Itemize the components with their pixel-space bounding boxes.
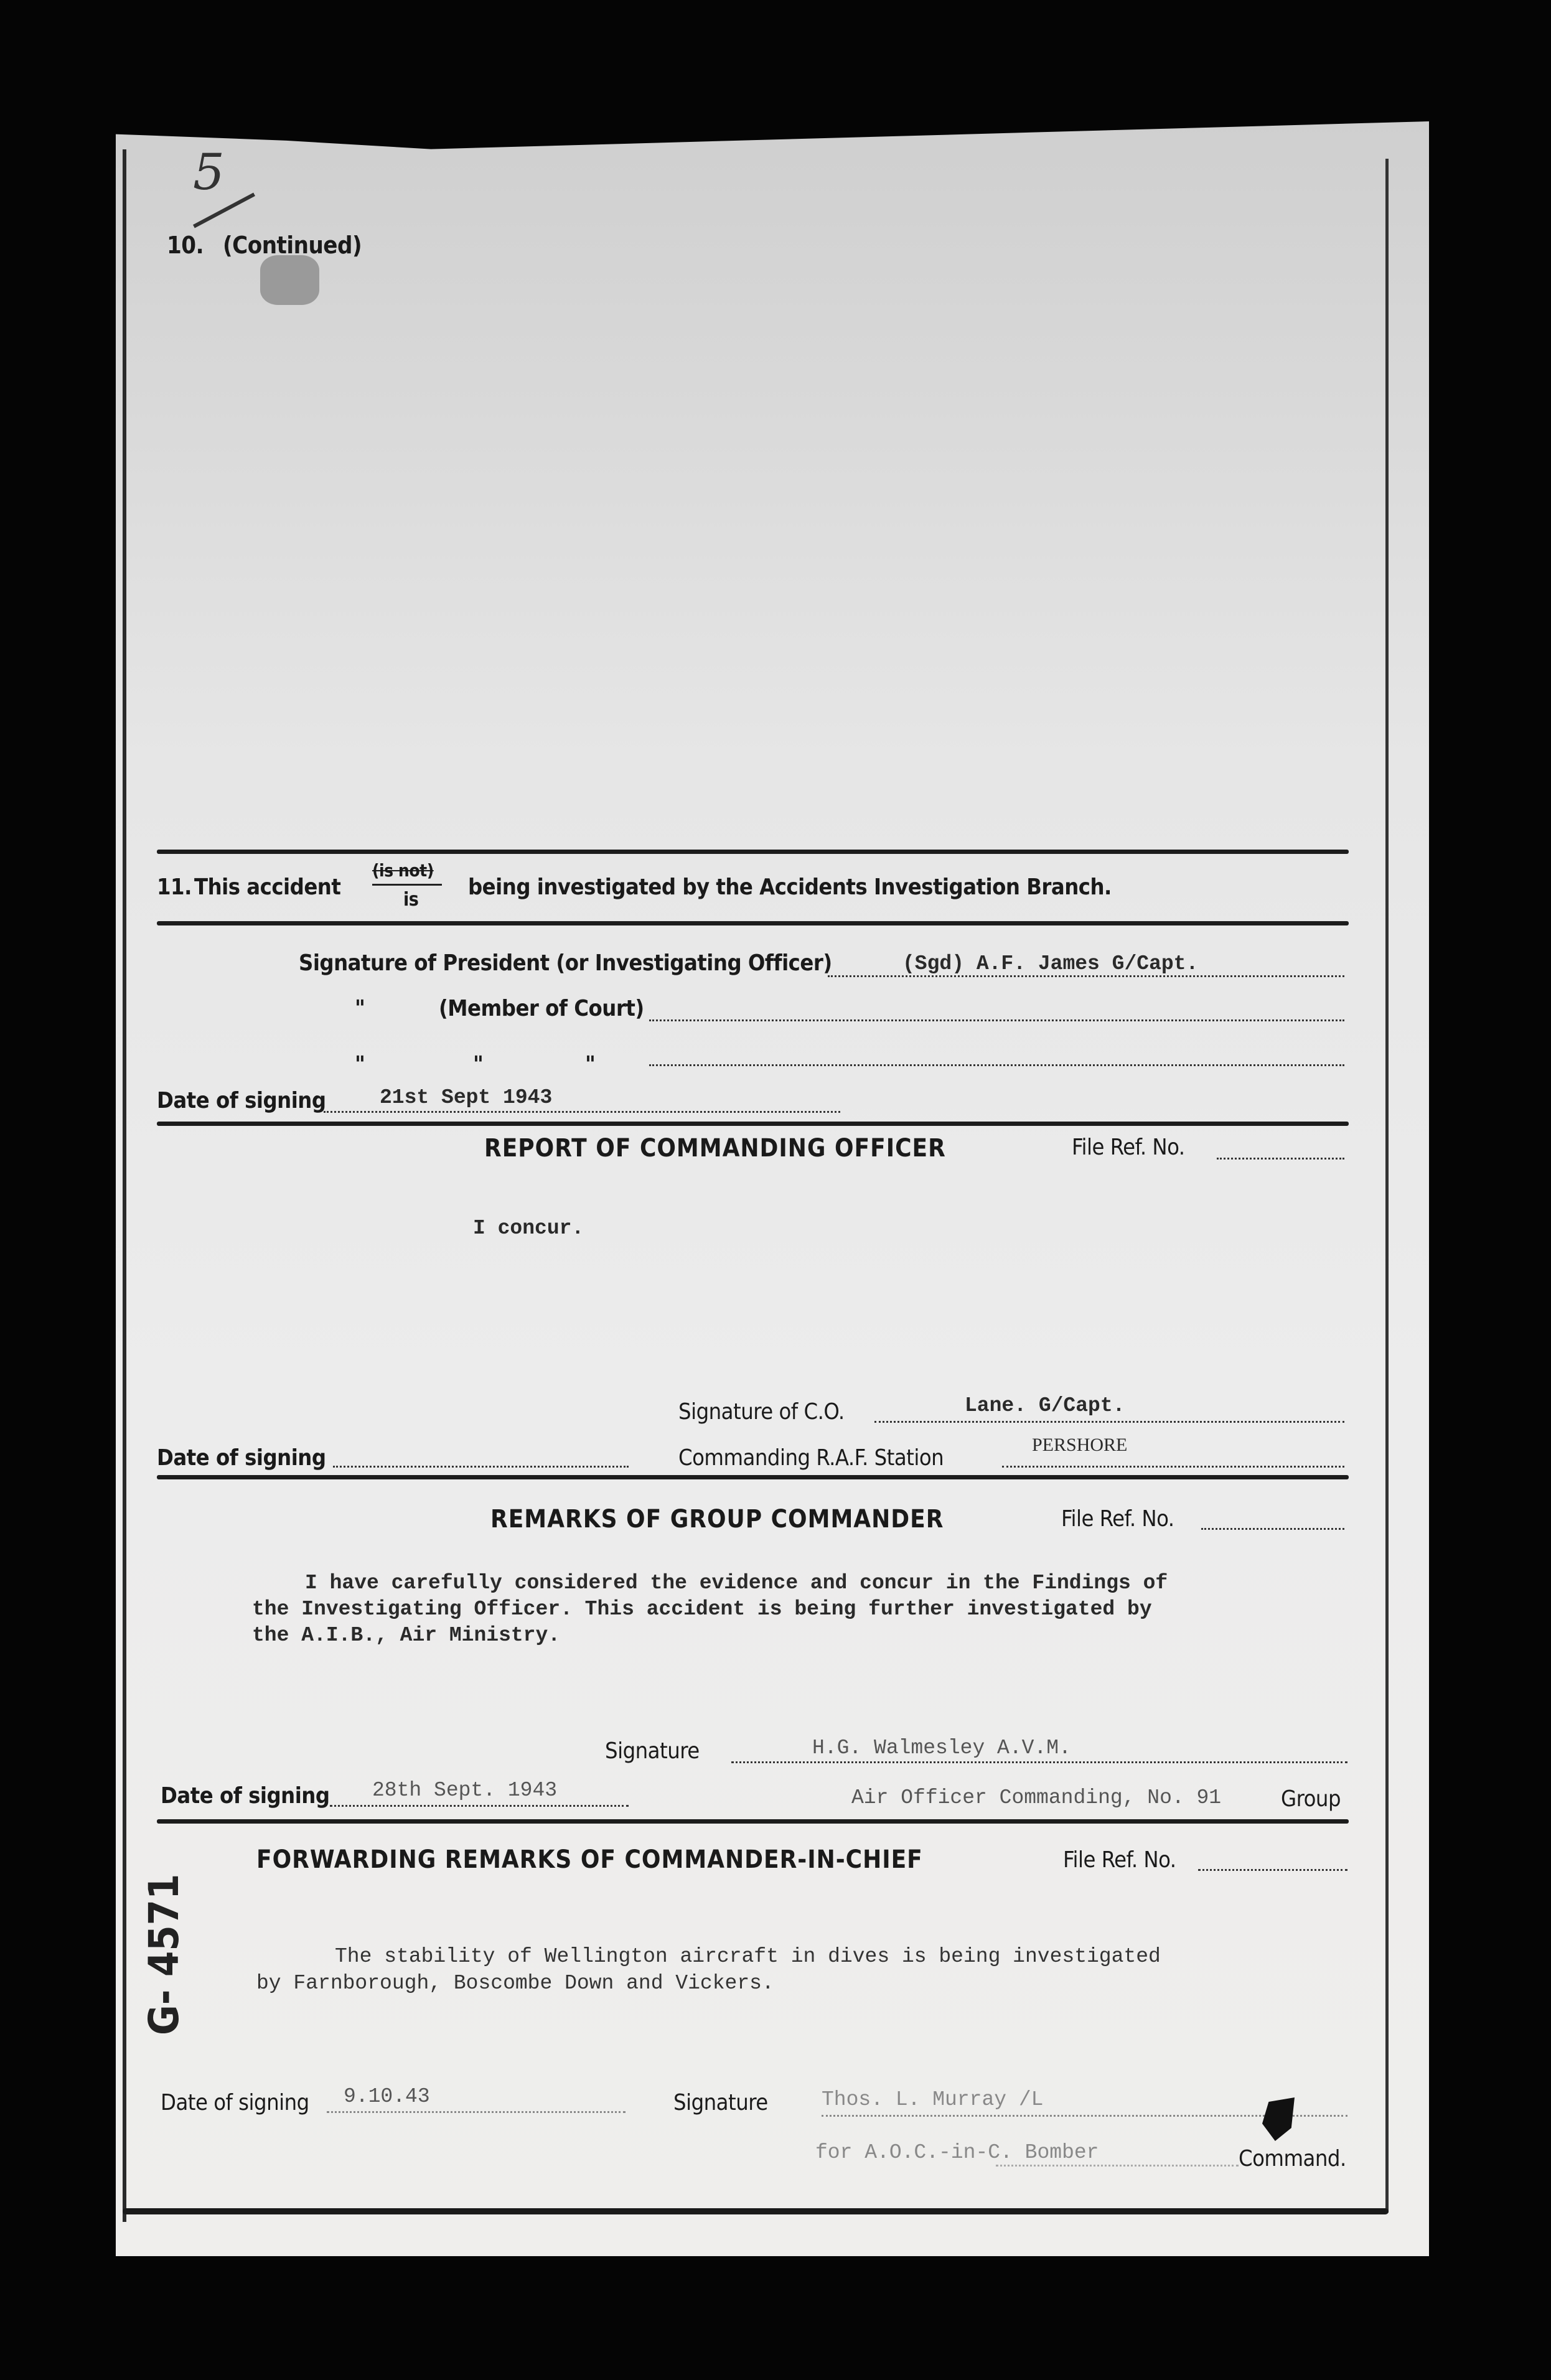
form-border-right xyxy=(1385,159,1389,2213)
file-ref-label: File Ref. No. xyxy=(1072,1135,1185,1160)
c-in-c-date-label: Date of signing xyxy=(161,2090,309,2115)
station-line xyxy=(1002,1466,1344,1468)
c-in-c-date-line xyxy=(327,2111,626,2113)
c-in-c-signature-label: Signature xyxy=(673,2090,768,2115)
group-date-line xyxy=(330,1805,629,1807)
file-ref-line xyxy=(1201,1528,1344,1530)
section-11-text-before: This accident xyxy=(194,874,340,900)
c-in-c-signature-value: Thos. L. Murray /L xyxy=(822,2088,1043,2111)
command-label: Command. xyxy=(1239,2146,1346,2172)
margin-stamp-text: G- 4571 xyxy=(140,1874,188,2035)
ditto-mark: " xyxy=(473,1052,483,1077)
station-value: PERSHORE xyxy=(1032,1435,1127,1456)
section-10-number: 10. xyxy=(167,232,204,259)
group-remarks-line-1: I have carefully considered the evidence… xyxy=(305,1572,1168,1595)
member-signature-line xyxy=(649,1019,1344,1021)
file-ref-label: File Ref. No. xyxy=(1063,1847,1176,1873)
member-of-court-label: (Member of Court) xyxy=(439,996,644,1021)
group-commander-heading: REMARKS OF GROUP COMMANDER xyxy=(490,1505,944,1534)
co-signature-line xyxy=(874,1421,1344,1423)
handwritten-page-number: 5 xyxy=(193,143,225,201)
signature-line xyxy=(828,975,1344,977)
punch-hole xyxy=(260,255,319,305)
c-in-c-remarks-line-1: The stability of Wellington aircraft in … xyxy=(335,1945,1161,1968)
ditto-mark: " xyxy=(355,1052,365,1077)
struck-option: (is not) xyxy=(372,860,434,881)
margin-stamp: G- 4571 xyxy=(134,1830,190,2035)
date-line xyxy=(324,1111,840,1113)
chosen-option: is xyxy=(403,889,418,911)
section-11-number: 11. xyxy=(157,874,192,900)
file-ref-label: File Ref. No. xyxy=(1061,1506,1174,1532)
file-ref-line xyxy=(1217,1158,1344,1160)
co-signature-label: Signature of C.O. xyxy=(678,1399,845,1425)
c-in-c-date-value: 9.10.43 xyxy=(344,2085,430,2108)
c-in-c-heading: FORWARDING REMARKS OF COMMANDER-IN-CHIEF xyxy=(256,1845,923,1874)
president-signature-value: (Sgd) A.F. James G/Capt. xyxy=(902,952,1198,975)
fraction-bar xyxy=(372,884,442,886)
co-date-label: Date of signing xyxy=(157,1445,326,1471)
group-date-value: 28th Sept. 1943 xyxy=(372,1779,557,1802)
date-of-signing-value: 21st Sept 1943 xyxy=(380,1086,552,1109)
co-date-line xyxy=(333,1466,629,1468)
member-signature-line xyxy=(649,1064,1344,1066)
date-of-signing-label: Date of signing xyxy=(157,1088,326,1113)
c-in-c-for-line: for A.O.C.-in-C. Bomber xyxy=(815,2141,1099,2164)
form-border-bottom xyxy=(123,2208,1389,2214)
divider-rule xyxy=(157,1475,1349,1479)
group-signature-line xyxy=(731,1761,1347,1763)
co-remarks: I concur. xyxy=(473,1217,584,1240)
station-label: Commanding R.A.F. Station xyxy=(678,1445,944,1471)
group-label: Group xyxy=(1281,1786,1341,1812)
form-border-left xyxy=(123,149,126,2222)
divider-rule xyxy=(157,850,1349,854)
divider-rule xyxy=(157,921,1349,925)
file-ref-line xyxy=(1198,1869,1347,1871)
divider-rule xyxy=(157,1122,1349,1126)
document-page xyxy=(116,121,1429,2256)
ditto-mark: " xyxy=(585,1052,595,1077)
c-in-c-remarks-line-2: by Farnborough, Boscombe Down and Vicker… xyxy=(256,1972,774,1995)
co-signature-value: Lane. G/Capt. xyxy=(965,1394,1125,1417)
section-11-text-after: being investigated by the Accidents Inve… xyxy=(468,874,1112,900)
group-title-value: Air Officer Commanding, No. 91 xyxy=(851,1786,1221,1809)
command-line xyxy=(996,2165,1239,2167)
commanding-officer-heading: REPORT OF COMMANDING OFFICER xyxy=(484,1134,946,1163)
ditto-mark: " xyxy=(355,996,365,1021)
group-remarks-line-2: the Investigating Officer. This accident… xyxy=(252,1598,1152,1621)
group-date-label: Date of signing xyxy=(161,1783,330,1809)
group-signature-label: Signature xyxy=(605,1738,700,1764)
president-signature-label: Signature of President (or Investigating… xyxy=(299,950,832,976)
group-remarks-line-3: the A.I.B., Air Ministry. xyxy=(252,1624,560,1647)
group-signature-value: H.G. Walmesley A.V.M. xyxy=(812,1736,1071,1759)
divider-rule xyxy=(157,1819,1349,1824)
